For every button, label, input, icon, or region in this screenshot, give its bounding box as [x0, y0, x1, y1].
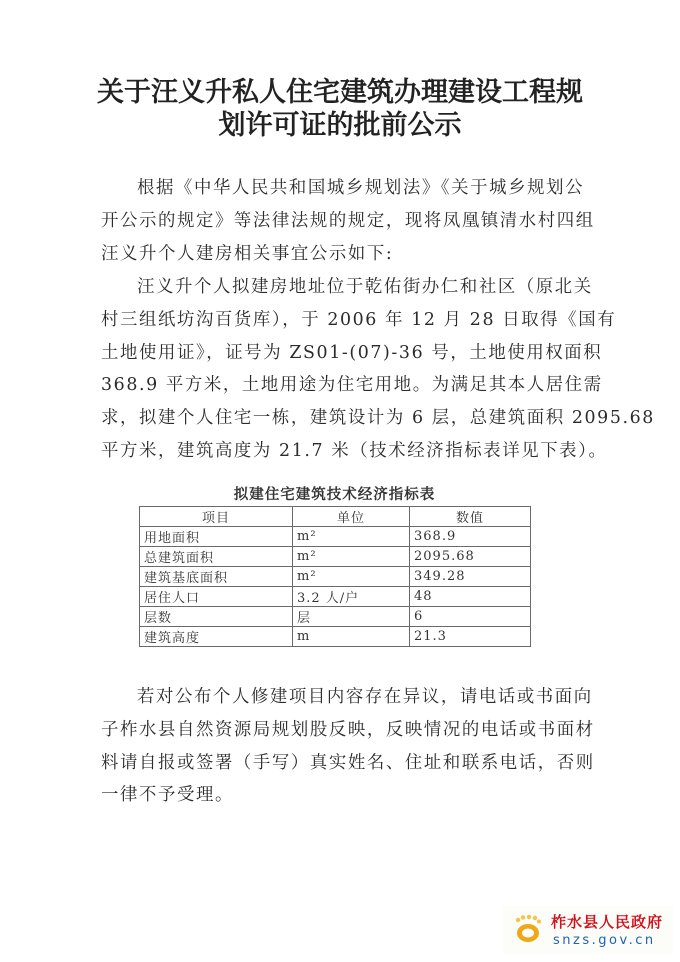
- text-line: 土地使用证》，证号为 ZS01-(07)-36 号，土地使用权面积: [101, 337, 579, 370]
- cell-unit: m²: [293, 567, 410, 587]
- cell-value: 368.9: [410, 527, 531, 547]
- text-line: 368.9 平方米，土地用途为住宅用地。为满足其本人居住需: [101, 369, 579, 402]
- cell-item: 总建筑面积: [140, 547, 293, 567]
- cell-unit: m²: [293, 547, 410, 567]
- header-unit: 单位: [293, 507, 410, 527]
- text-line: 开公示的规定》等法律法规的规定，现将凤凰镇清水村四组: [101, 205, 579, 238]
- text-line: 求，拟建个人住宅一栋，建筑设计为 6 层，总建筑面积 2095.68: [101, 402, 579, 435]
- cell-unit: 3.2 人/户: [293, 587, 410, 607]
- text-line: 一律不予受理。: [101, 779, 579, 812]
- cell-value: 21.3: [410, 627, 531, 647]
- text-line: 子柞水县自然资源局规划股反映，反映情况的电话或书面材: [101, 714, 579, 747]
- paragraph-legal-basis: 根据《中华人民共和国城乡规划法》《关于城乡规划公 开公示的规定》等法律法规的规定…: [101, 172, 579, 270]
- title-line-1: 关于汪义升私人住宅建筑办理建设工程规: [80, 76, 600, 109]
- government-watermark-logo: 柞水县人民政府 snzs.gov.cn: [503, 906, 673, 954]
- header-value: 数值: [410, 507, 531, 527]
- cell-unit: m: [293, 627, 410, 647]
- text-line: 若对公布个人修建项目内容存在异议，请电话或书面向: [101, 681, 579, 714]
- title-line-2: 划许可证的批前公示: [80, 109, 600, 142]
- table-row: 居住人口 3.2 人/户 48: [140, 587, 531, 607]
- header-item: 项目: [140, 507, 293, 527]
- cell-item: 用地面积: [140, 527, 293, 547]
- cell-value: 2095.68: [410, 547, 531, 567]
- cell-item: 建筑基底面积: [140, 567, 293, 587]
- table-caption: 拟建住宅建筑技术经济指标表: [139, 483, 530, 504]
- cell-item: 居住人口: [140, 587, 293, 607]
- text-line: 汪义升个人建房相关事宜公示如下:: [101, 238, 579, 271]
- cell-value: 6: [410, 607, 531, 627]
- table-row: 建筑高度 m 21.3: [140, 627, 531, 647]
- text-line: 平方米，建筑高度为 21.7 米（技术经济指标表详见下表）。: [101, 435, 579, 468]
- text-line: 村三组纸坊沟百货库），于 2006 年 12 月 28 日取得《国有: [101, 304, 579, 337]
- table-row: 用地面积 m² 368.9: [140, 527, 531, 547]
- paragraph-objection-notice: 若对公布个人修建项目内容存在异议，请电话或书面向 子柞水县自然资源局规划股反映，…: [101, 681, 579, 812]
- cell-value: 48: [410, 587, 531, 607]
- paw-sun-icon: [513, 914, 543, 944]
- cell-value: 349.28: [410, 567, 531, 587]
- cell-unit: m²: [293, 527, 410, 547]
- government-url: snzs.gov.cn: [553, 933, 656, 948]
- government-name: 柞水县人民政府: [551, 911, 663, 932]
- text-line: 根据《中华人民共和国城乡规划法》《关于城乡规划公: [101, 172, 579, 205]
- paragraph-project-details: 汪义升个人拟建房地址位于乾佑街办仁和社区（原北关 村三组纸坊沟百货库），于 20…: [101, 271, 579, 468]
- cell-item: 建筑高度: [140, 627, 293, 647]
- cell-item: 层数: [140, 607, 293, 627]
- technical-indicators-table: 项目 单位 数值 用地面积 m² 368.9 总建筑面积 m² 2095.68 …: [139, 506, 531, 647]
- text-line: 料请自报或签署（手写）真实姓名、住址和联系电话，否则: [101, 747, 579, 780]
- document-title: 关于汪义升私人住宅建筑办理建设工程规 划许可证的批前公示: [80, 76, 600, 142]
- table-header-row: 项目 单位 数值: [140, 507, 531, 527]
- cell-unit: 层: [293, 607, 410, 627]
- table-row: 层数 层 6: [140, 607, 531, 627]
- text-line: 汪义升个人拟建房地址位于乾佑街办仁和社区（原北关: [101, 271, 579, 304]
- table-row: 总建筑面积 m² 2095.68: [140, 547, 531, 567]
- table-row: 建筑基底面积 m² 349.28: [140, 567, 531, 587]
